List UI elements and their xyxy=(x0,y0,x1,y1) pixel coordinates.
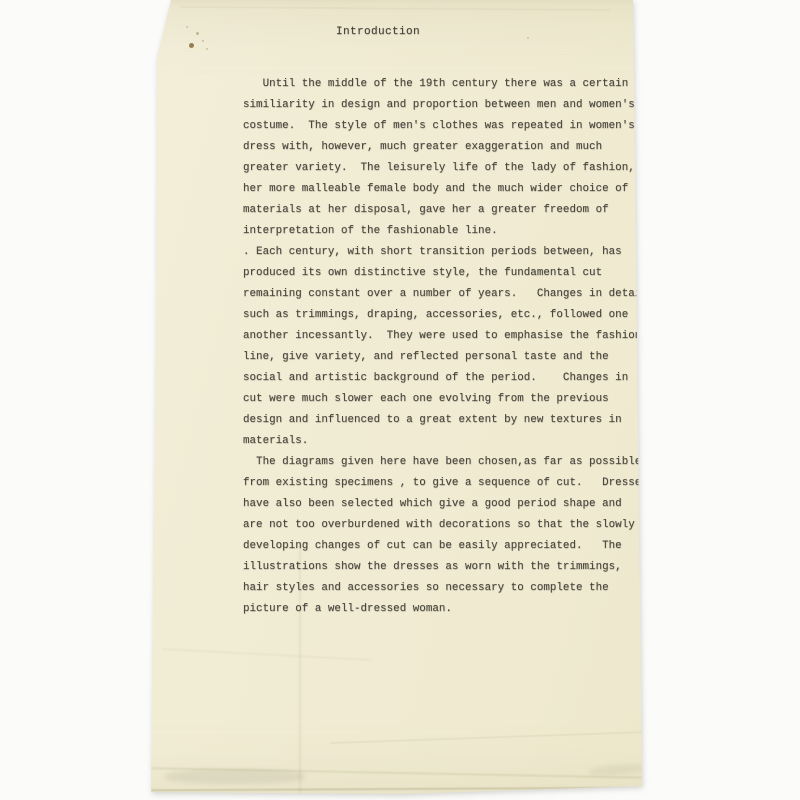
paragraph: . Each century, with short transition pe… xyxy=(243,242,663,452)
text-line: greater variety. The leisurely life of t… xyxy=(243,158,663,179)
text-line: such as trimmings, draping, accessories,… xyxy=(243,305,663,326)
text-line: developing changes of cut can be easily … xyxy=(243,536,663,557)
text-line: similiarity in design and proportion bet… xyxy=(243,95,663,116)
text-line: materials at her disposal, gave her a gr… xyxy=(243,200,663,221)
text-line: costume. The style of men's clothes was … xyxy=(243,116,663,137)
paper-speck xyxy=(527,37,529,39)
paper-crease xyxy=(330,731,650,743)
text-line: another incessantly. They were used to e… xyxy=(243,326,663,347)
text-line: her more malleable female body and the m… xyxy=(243,179,663,200)
document-body: Until the middle of the 19th century the… xyxy=(243,74,663,620)
text-line: design and influenced to a great extent … xyxy=(243,410,663,431)
text-line: cut were much slower each one evolving f… xyxy=(243,389,663,410)
paper-bottom-fold xyxy=(151,787,643,792)
page-title: Introduction xyxy=(336,26,420,38)
ink-stain xyxy=(189,43,194,48)
text-line: dress with, however, much greater exagge… xyxy=(243,137,663,158)
paper-crease xyxy=(150,767,650,779)
text-line: . Each century, with short transition pe… xyxy=(243,242,663,263)
paper-crease xyxy=(180,6,610,10)
pencil-smudge xyxy=(588,763,647,777)
text-line: materials. xyxy=(243,431,663,452)
text-line: The diagrams given here have been chosen… xyxy=(243,452,663,473)
ink-stain xyxy=(202,40,204,42)
text-line: from existing specimens , to give a sequ… xyxy=(243,473,663,494)
text-line: have also been selected which give a goo… xyxy=(243,494,663,515)
ink-stain xyxy=(186,26,188,28)
paper-crease xyxy=(162,649,372,661)
ink-stain xyxy=(196,32,199,35)
paragraph: The diagrams given here have been chosen… xyxy=(243,452,663,620)
text-line: produced its own distinctive style, the … xyxy=(243,263,663,284)
paper-shadow-wrap: Introduction Until the middle of the 19t… xyxy=(0,0,800,800)
text-line: Until the middle of the 19th century the… xyxy=(243,74,663,95)
text-line: illustrations show the dresses as worn w… xyxy=(243,557,663,578)
text-line: hair styles and accessories so necessary… xyxy=(243,578,663,599)
scanned-page-view: Introduction Until the middle of the 19t… xyxy=(0,0,800,800)
ink-stain xyxy=(206,48,208,50)
text-line: are not too overburdened with decoration… xyxy=(243,515,663,536)
text-line: line, give variety, and reflected person… xyxy=(243,347,663,368)
paragraph: Until the middle of the 19th century the… xyxy=(243,74,663,242)
text-line: remaining constant over a number of year… xyxy=(243,284,663,305)
text-line: social and artistic background of the pe… xyxy=(243,368,663,389)
typewritten-page: Introduction Until the middle of the 19t… xyxy=(0,0,800,800)
text-line: picture of a well-dressed woman. xyxy=(243,599,663,620)
text-line: interpretation of the fashionable line. xyxy=(243,221,663,242)
pencil-smudge xyxy=(165,769,305,784)
